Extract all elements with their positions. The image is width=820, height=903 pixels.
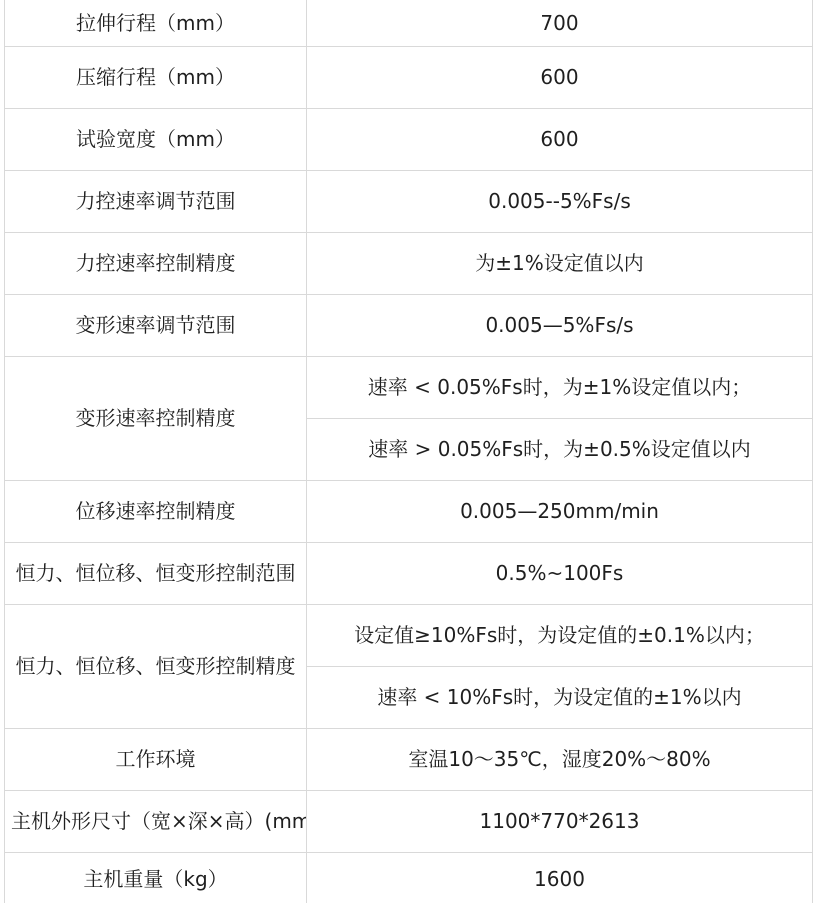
spec-label-cell: 试验宽度（mm） [5, 108, 307, 170]
spec-label-cell: 压缩行程（mm） [5, 46, 307, 108]
table-row: 工作环境室温10～35℃，湿度20%～80% [5, 728, 813, 790]
machine-spec-table: 拉伸行程（mm）700压缩行程（mm）600试验宽度（mm）600力控速率调节范… [4, 0, 813, 903]
table-row: 力控速率控制精度为±1%设定值以内 [5, 232, 813, 294]
spec-value-cell: 700 [307, 0, 813, 46]
table-row: 变形速率控制精度速率 < 0.05%Fs时，为±1%设定值以内； [5, 356, 813, 418]
spec-value-cell: 0.005--5%Fs/s [307, 170, 813, 232]
table-row: 试验宽度（mm）600 [5, 108, 813, 170]
spec-table-body: 拉伸行程（mm）700压缩行程（mm）600试验宽度（mm）600力控速率调节范… [5, 0, 813, 903]
spec-label-cell: 恒力、恒位移、恒变形控制范围 [5, 542, 307, 604]
spec-value-cell: 室温10～35℃，湿度20%～80% [307, 728, 813, 790]
spec-value-cell: 0.005—5%Fs/s [307, 294, 813, 356]
spec-label-cell: 位移速率控制精度 [5, 480, 307, 542]
spec-label-cell: 变形速率控制精度 [5, 356, 307, 480]
spec-label-cell: 力控速率调节范围 [5, 170, 307, 232]
spec-label-cell: 拉伸行程（mm） [5, 0, 307, 46]
table-row: 拉伸行程（mm）700 [5, 0, 813, 46]
table-row: 恒力、恒位移、恒变形控制范围0.5%~100Fs [5, 542, 813, 604]
table-row: 力控速率调节范围0.005--5%Fs/s [5, 170, 813, 232]
spec-value-cell: 速率 < 0.05%Fs时，为±1%设定值以内； [307, 356, 813, 418]
spec-value-cell: 设定值≥10%Fs时，为设定值的±0.1%以内； [307, 604, 813, 666]
spec-label-cell: 主机重量（kg） [5, 852, 307, 903]
spec-label-cell: 力控速率控制精度 [5, 232, 307, 294]
table-row: 主机重量（kg）1600 [5, 852, 813, 903]
spec-value-cell: 600 [307, 108, 813, 170]
spec-value-cell: 速率 > 0.05%Fs时，为±0.5%设定值以内 [307, 418, 813, 480]
spec-value-cell: 0.5%~100Fs [307, 542, 813, 604]
table-row: 压缩行程（mm）600 [5, 46, 813, 108]
spec-label-cell: 恒力、恒位移、恒变形控制精度 [5, 604, 307, 728]
table-row: 恒力、恒位移、恒变形控制精度设定值≥10%Fs时，为设定值的±0.1%以内； [5, 604, 813, 666]
spec-value-cell: 1100*770*2613 [307, 790, 813, 852]
table-row: 主机外形尺寸（宽×深×高）(mm)1100*770*2613 [5, 790, 813, 852]
spec-value-cell: 0.005—250mm/min [307, 480, 813, 542]
spec-label-cell: 主机外形尺寸（宽×深×高）(mm) [5, 790, 307, 852]
table-row: 变形速率调节范围0.005—5%Fs/s [5, 294, 813, 356]
spec-value-cell: 为±1%设定值以内 [307, 232, 813, 294]
spec-value-cell: 速率 < 10%Fs时，为设定值的±1%以内 [307, 666, 813, 728]
table-row: 位移速率控制精度0.005—250mm/min [5, 480, 813, 542]
spec-value-cell: 600 [307, 46, 813, 108]
spec-label-cell: 变形速率调节范围 [5, 294, 307, 356]
spec-value-cell: 1600 [307, 852, 813, 903]
spec-label-cell: 工作环境 [5, 728, 307, 790]
